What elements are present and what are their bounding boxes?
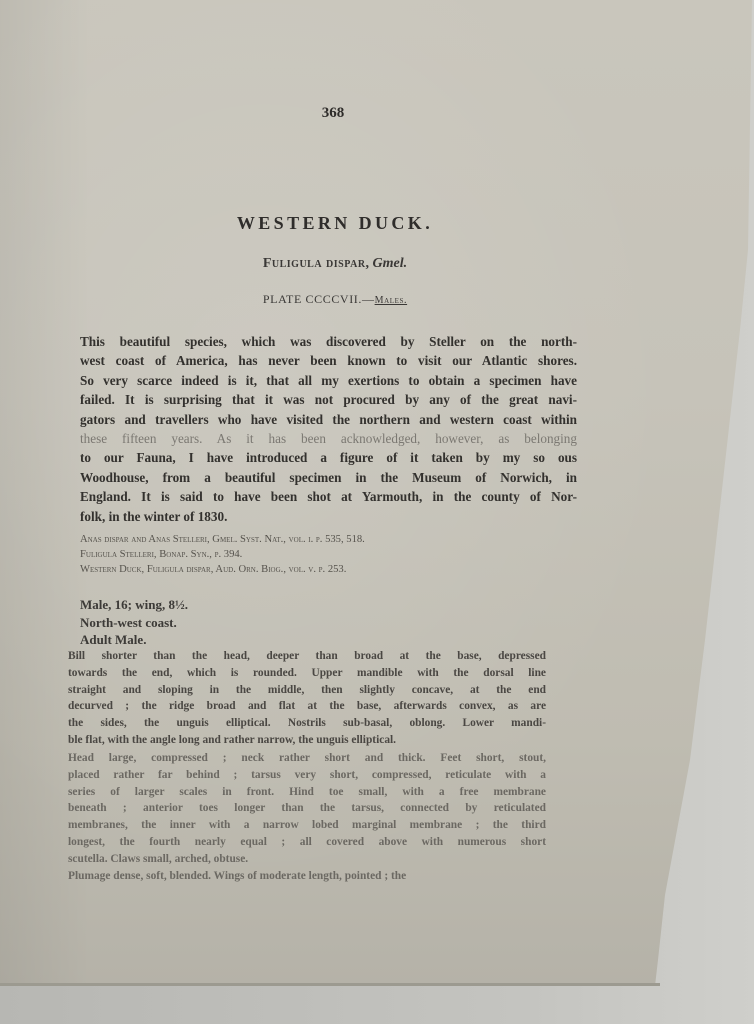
synonymy-list: Anas dispar and Anas Stelleri, Gmel. Sys… <box>80 533 550 577</box>
description-line: the sides, the unguis elliptical. Nostri… <box>68 715 546 732</box>
measurements: Male, 16; wing, 8½. North-west coast. Ad… <box>80 596 550 649</box>
measurement-locality: North-west coast. <box>80 614 550 632</box>
page-title: WESTERN DUCK. <box>150 213 520 234</box>
description-line: Head large, compressed ; neck rather sho… <box>68 750 546 767</box>
description-line: membranes, the inner with a narrow lobed… <box>68 817 546 834</box>
synonym-entry: Fuligula Stelleri, Bonap. Syn., p. 394. <box>80 548 550 563</box>
description-line: decurved ; the ridge broad and flat at t… <box>68 698 546 715</box>
synonym-entry: Anas dispar and Anas Stelleri, Gmel. Sys… <box>80 533 550 548</box>
paragraph-line: Woodhouse, from a beautiful specimen in … <box>80 468 577 487</box>
measurement-size: Male, 16; wing, 8½. <box>80 596 550 614</box>
paragraph-line: west coast of America, has never been kn… <box>80 351 577 370</box>
description-head-feet: Head large, compressed ; neck rather sho… <box>68 750 546 868</box>
paragraph-line: So very scarce indeed is it, that all my… <box>80 371 577 390</box>
paragraph-line: to our Fauna, I have introduced a figure… <box>80 448 577 467</box>
plate-sex: Males. <box>375 295 408 306</box>
latin-genus-species: Fuligula dispar <box>263 256 366 271</box>
plate-label: PLATE CCCCVII.— <box>263 292 375 306</box>
latin-separator: , <box>366 256 373 271</box>
plate-caption: PLATE CCCCVII.—Males. <box>150 292 520 307</box>
measurement-specimen: Adult Male. <box>80 631 550 649</box>
description-plumage: Plumage dense, soft, blended. Wings of m… <box>68 868 546 885</box>
latin-name: Fuligula dispar, Gmel. <box>150 256 520 272</box>
description-line: Bill shorter than the head, deeper than … <box>68 648 546 665</box>
page-bottom-edge <box>0 983 660 986</box>
description-line: longest, the fourth nearly equal ; all c… <box>68 834 546 851</box>
paragraph-line: gators and travellers who have visited t… <box>80 410 577 429</box>
description-line: towards the end, which is rounded. Upper… <box>68 665 546 682</box>
synonym-entry: Western Duck, Fuligula dispar, Aud. Orn.… <box>80 563 550 578</box>
paragraph-line: folk, in the winter of 1830. <box>80 507 577 526</box>
description-line: straight and sloping in the middle, then… <box>68 682 546 699</box>
description-line: beneath ; anterior toes longer than the … <box>68 800 546 817</box>
latin-authority: Gmel. <box>373 256 408 271</box>
description-line: ble flat, with the angle long and rather… <box>68 732 546 749</box>
paragraph-line: these fifteen years. As it has been ackn… <box>80 429 577 448</box>
paragraph-line: This beautiful species, which was discov… <box>80 332 577 351</box>
paragraph-line: failed. It is surprising that it was not… <box>80 390 577 409</box>
intro-paragraph: This beautiful species, which was discov… <box>80 332 577 526</box>
description-line: Plumage dense, soft, blended. Wings of m… <box>68 868 546 885</box>
book-page: 368 WESTERN DUCK. Fuligula dispar, Gmel.… <box>0 0 754 986</box>
description-line: scutella. Claws small, arched, obtuse. <box>68 851 546 868</box>
description-line: series of larger scales in front. Hind t… <box>68 784 546 801</box>
description-line: placed rather far behind ; tarsus very s… <box>68 767 546 784</box>
description-bill: Bill shorter than the head, deeper than … <box>68 648 546 749</box>
page-number: 368 <box>318 105 348 122</box>
paragraph-line: England. It is said to have been shot at… <box>80 487 577 506</box>
